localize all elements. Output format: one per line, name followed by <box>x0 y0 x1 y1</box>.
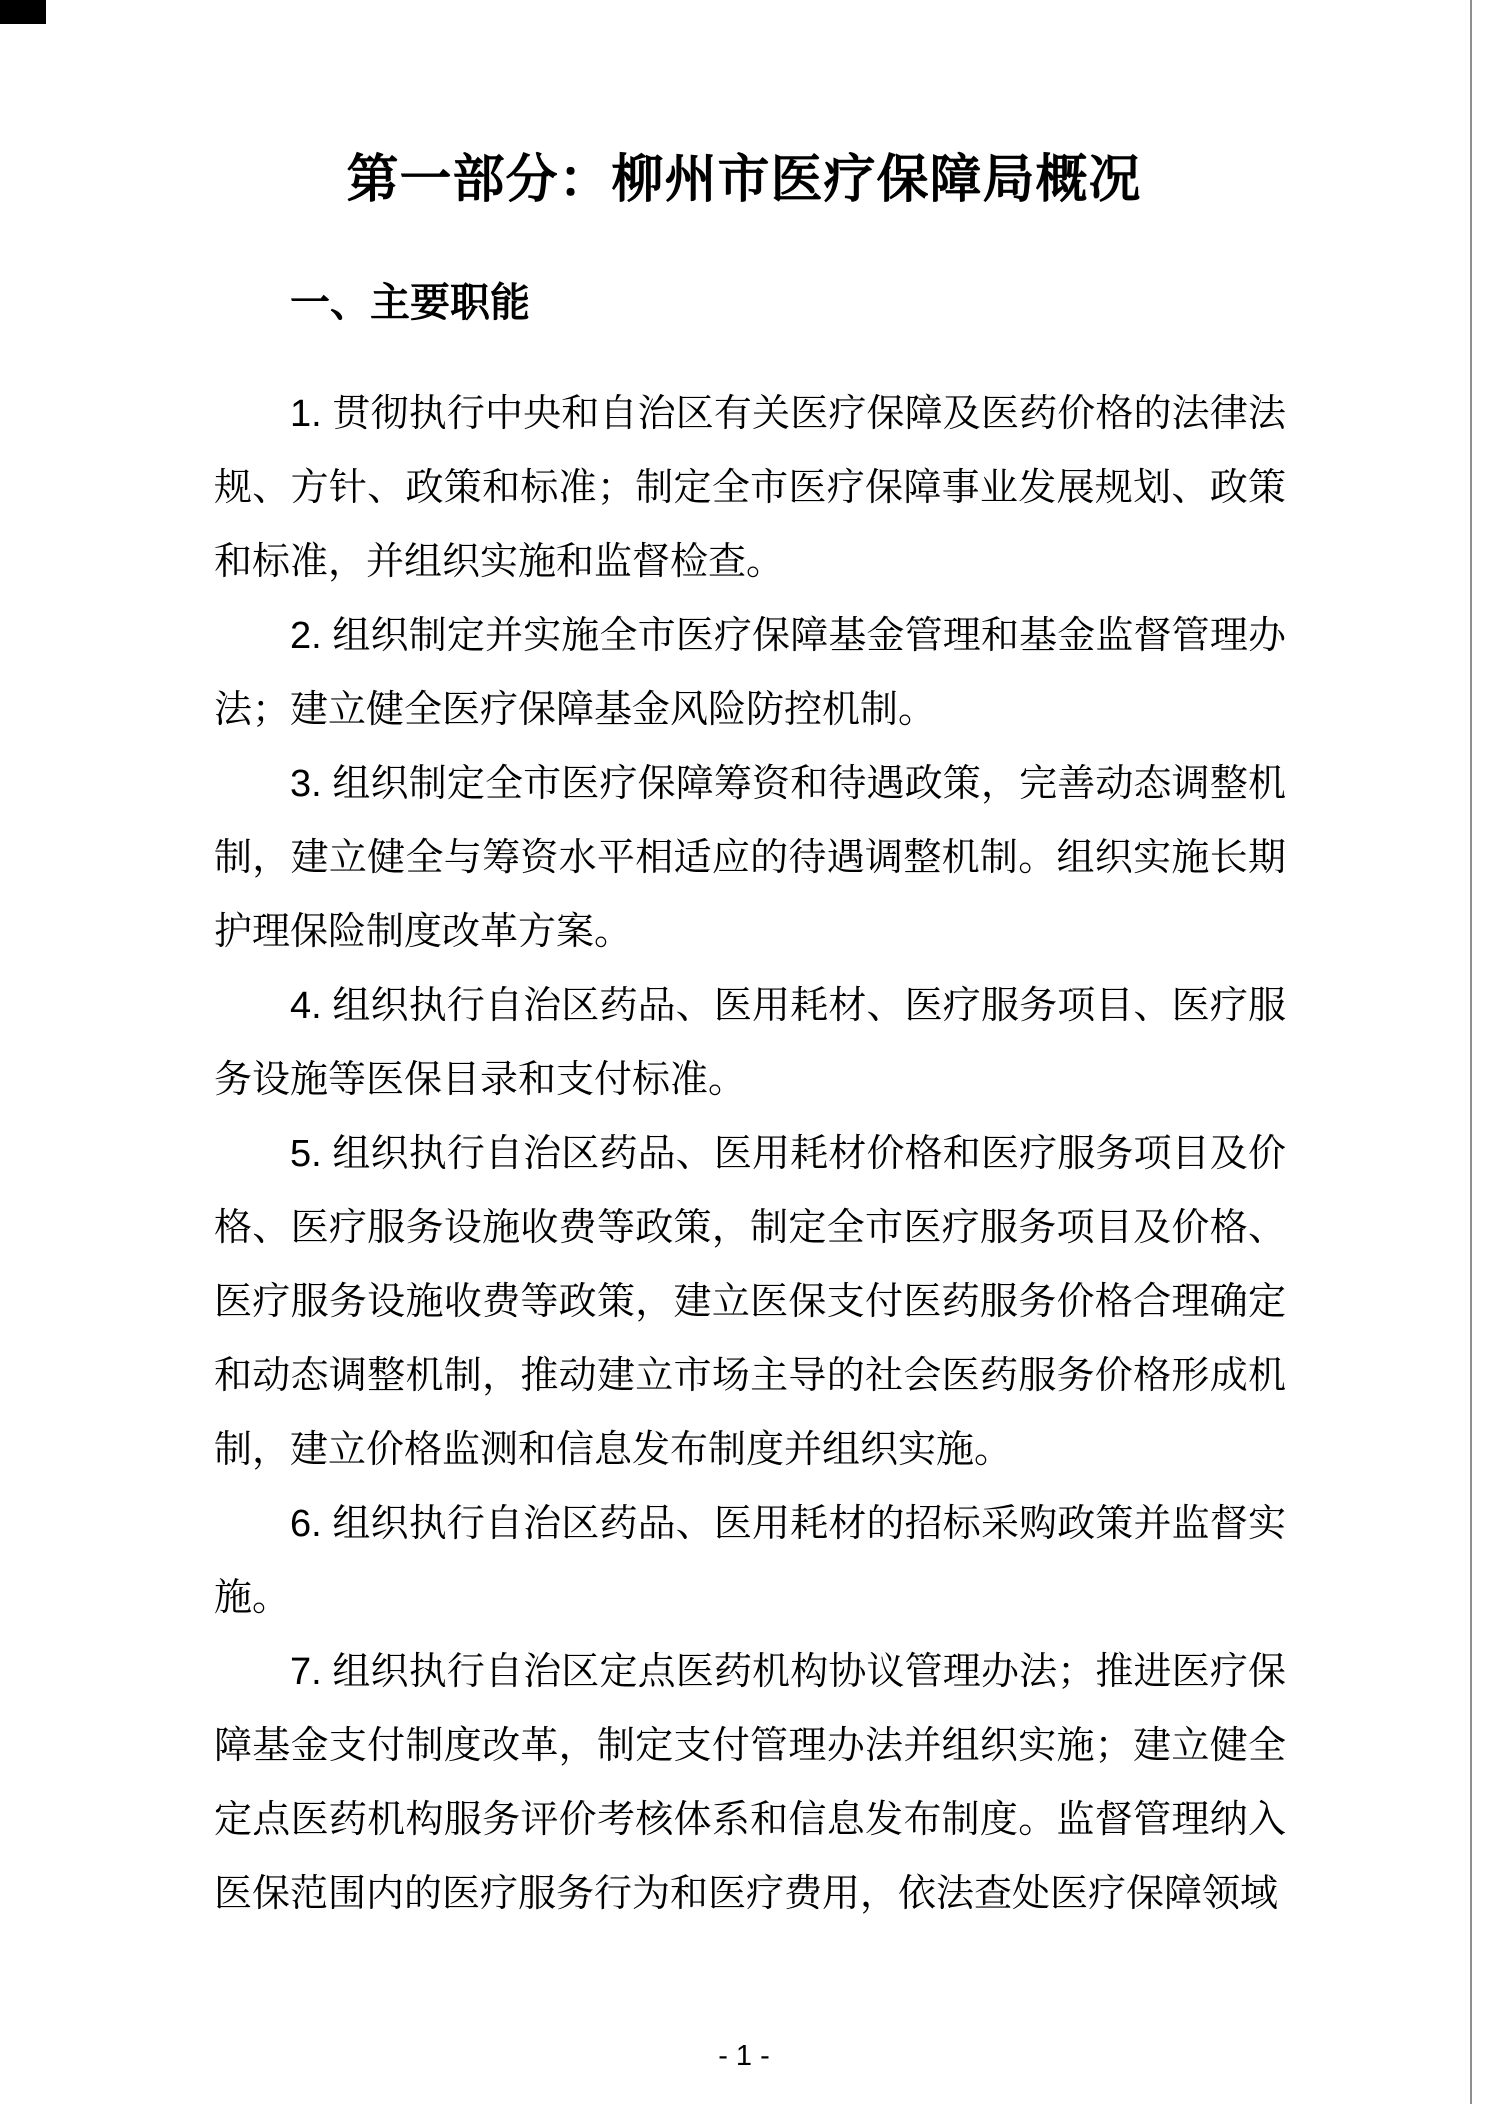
document-body: 1. 贯彻执行中央和自治区有关医疗保障及医药价格的法律法规、方针、政策和标准；制… <box>214 377 1286 1931</box>
page-number: - 1 - <box>718 2040 770 2072</box>
body-paragraph-1: 1. 贯彻执行中央和自治区有关医疗保障及医药价格的法律法规、方针、政策和标准；制… <box>214 377 1286 599</box>
scan-edge-line <box>1470 0 1472 2104</box>
body-paragraph-3: 3. 组织制定全市医疗保障筹资和待遇政策，完善动态调整机制，建立健全与筹资水平相… <box>214 747 1286 969</box>
body-paragraph-7: 7. 组织执行自治区定点医药机构协议管理办法；推进医疗保障基金支付制度改革，制定… <box>214 1635 1286 1931</box>
body-paragraph-2: 2. 组织制定并实施全市医疗保障基金管理和基金监督管理办法；建立健全医疗保障基金… <box>214 599 1286 747</box>
scan-artifact-mark <box>0 0 46 24</box>
body-paragraph-5: 5. 组织执行自治区药品、医用耗材价格和医疗服务项目及价格、医疗服务设施收费等政… <box>214 1117 1286 1487</box>
document-page: 第一部分：柳州市医疗保障局概况 一、主要职能 1. 贯彻执行中央和自治区有关医疗… <box>0 0 1488 2104</box>
document-title: 第一部分：柳州市医疗保障局概况 <box>0 145 1488 215</box>
body-paragraph-6: 6. 组织执行自治区药品、医用耗材的招标采购政策并监督实施。 <box>214 1487 1286 1635</box>
section-heading: 一、主要职能 <box>290 275 1488 331</box>
body-paragraph-4: 4. 组织执行自治区药品、医用耗材、医疗服务项目、医疗服务设施等医保目录和支付标… <box>214 969 1286 1117</box>
page-footer: - 1 - <box>0 2036 1488 2076</box>
